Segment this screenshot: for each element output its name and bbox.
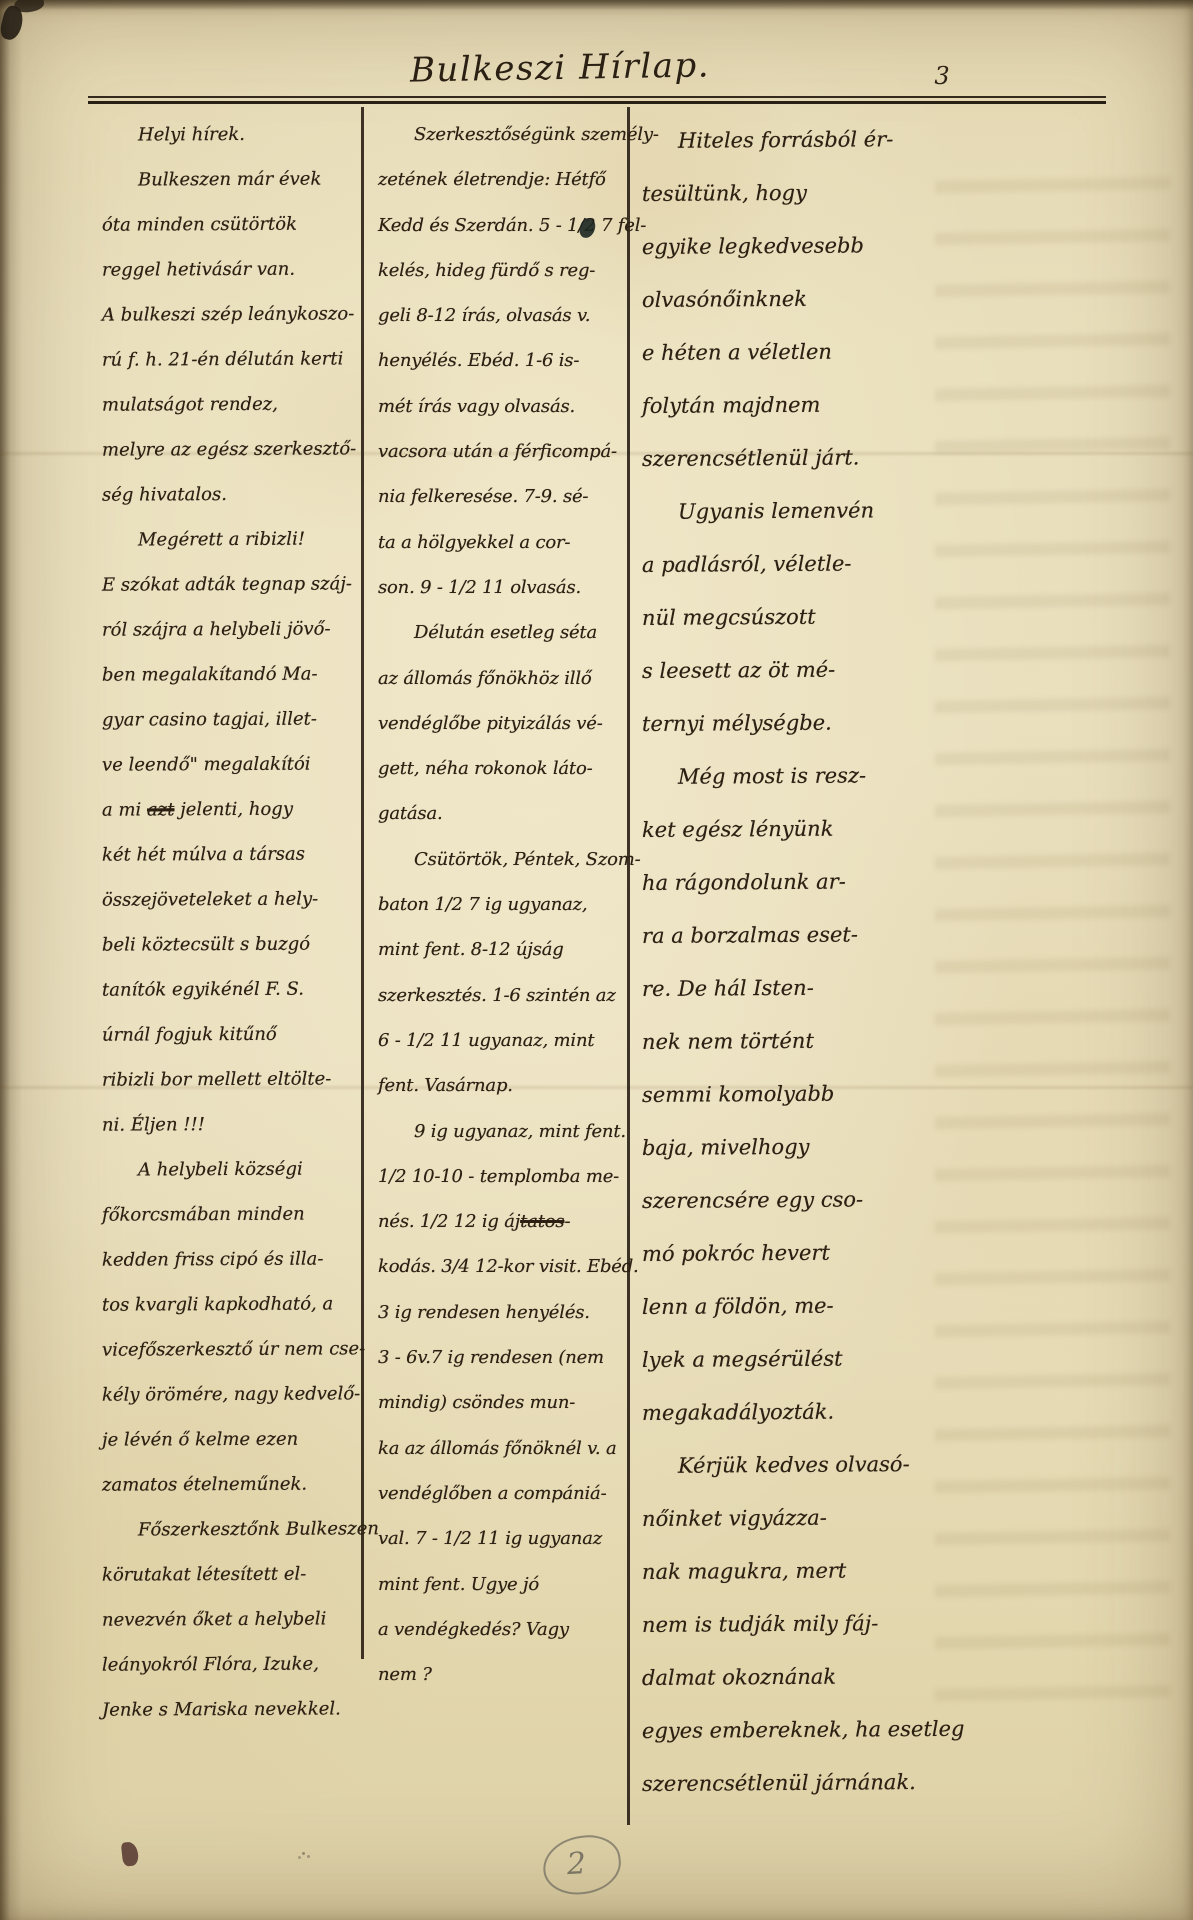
handwritten-line: mint fent. Ugye jó (378, 1562, 624, 1607)
handwritten-line: ternyi mélységbe. (642, 696, 918, 751)
handwritten-line: nőinket vigyázza- (642, 1491, 918, 1546)
handwritten-line: Hiteles forrásból ér- (642, 113, 918, 168)
handwritten-line: kély örömére, nagy kedvelő- (102, 1371, 360, 1417)
handwritten-line: ta a hölgyekkel a cor- (378, 520, 624, 565)
handwritten-line: Főszerkesztőnk Bulkeszen (102, 1506, 360, 1552)
handwritten-line: e héten a véletlen (642, 325, 918, 380)
handwritten-line: Megérett a ribizli! (102, 516, 360, 562)
handwritten-line: melyre az egész szerkesztő- (102, 426, 360, 472)
handwritten-line: 3 - 6v.7 ig rendesen (nem (378, 1335, 624, 1380)
handwritten-line: kodás. 3/4 12-kor visit. Ebéd. (378, 1244, 624, 1289)
handwritten-line: A helybeli községi (102, 1146, 360, 1192)
handwritten-line: ve leendő" megalakítói (102, 741, 360, 787)
column-divider-2 (627, 107, 630, 1825)
handwritten-line: reggel hetivásár van. (102, 246, 360, 292)
handwritten-line: ha rágondolunk ar- (642, 855, 918, 910)
handwritten-line: fent. Vasárnap. (378, 1063, 624, 1108)
handwritten-line: Szerkesztőségünk személy- (378, 112, 624, 157)
handwritten-line: nem ? (378, 1652, 624, 1697)
handwritten-line: Bulkeszen már évek (102, 156, 360, 202)
handwritten-line: ket egész lényünk (642, 802, 918, 857)
newspaper-page: Bulkeszi Hírlap. 3 Helyi hírek.Bulkeszen… (0, 0, 1193, 1920)
handwritten-line: nia felkeresése. 7-9. sé- (378, 474, 624, 519)
handwritten-line: ról szájra a helybeli jövő- (102, 606, 360, 652)
handwritten-line: leányokról Flóra, Izuke, (102, 1641, 360, 1687)
handwritten-line: 3 ig rendesen henyélés. (378, 1290, 624, 1335)
handwritten-line: s leesett az öt mé- (642, 643, 918, 698)
handwritten-line: vacsora után a férficompá- (378, 429, 624, 474)
handwritten-line: Csütörtök, Péntek, Szom- (378, 837, 624, 882)
column-1: Helyi hírek.Bulkeszen már évekóta minden… (102, 112, 360, 1732)
column-divider-1 (361, 107, 364, 1659)
handwritten-line: szerencsétlenül járnának. (642, 1756, 918, 1811)
handwritten-line: egyike legkedvesebb (642, 219, 918, 274)
handwritten-line: vendéglőbe pityizálás vé- (378, 701, 624, 746)
page-number: 3 (922, 62, 962, 90)
handwritten-line: óta minden csütörtök (102, 201, 360, 247)
column-2: Szerkesztőségünk személy-zetének életren… (378, 112, 624, 1697)
handwritten-line: henyélés. Ebéd. 1-6 is- (378, 338, 624, 383)
handwritten-line: kelés, hideg fürdő s reg- (378, 248, 624, 293)
handwritten-line: gatása. (378, 791, 624, 836)
handwritten-line: úrnál fogjuk kitűnő (102, 1011, 360, 1057)
handwritten-line: összejöveteleket a hely- (102, 876, 360, 922)
handwritten-line: baton 1/2 7 ig ugyanaz, (378, 882, 624, 927)
handwritten-line: a padlásról, véletle- (642, 537, 918, 592)
handwritten-line: mint fent. 8-12 újság (378, 927, 624, 972)
handwritten-line: mét írás vagy olvasás. (378, 384, 624, 429)
handwritten-line: tos kvargli kapkodható, a (102, 1281, 360, 1327)
handwritten-line: vendéglőben a compániá- (378, 1471, 624, 1516)
handwritten-line: A bulkeszi szép leánykoszo- (102, 291, 360, 337)
handwritten-line: ka az állomás főnöknél v. a (378, 1426, 624, 1471)
handwritten-line: E szókat adták tegnap száj- (102, 561, 360, 607)
handwritten-line: folytán majdnem (642, 378, 918, 433)
handwritten-line: Még most is resz- (642, 749, 918, 804)
pencil-circle-mark: 2 (540, 1831, 624, 1898)
handwritten-line: re. De hál Isten- (642, 961, 918, 1016)
handwritten-line: Jenke s Mariska nevekkel. (102, 1686, 360, 1732)
handwritten-line: szerencsétlenül járt. (642, 431, 918, 486)
handwritten-line: 1/2 10-10 - templomba me- (378, 1154, 624, 1199)
handwritten-line: mulatságot rendez, (102, 381, 360, 427)
handwritten-line: nés. 1/2 12 ig ájtatos- (378, 1199, 624, 1244)
handwritten-line: egyes embereknek, ha esetleg (642, 1703, 918, 1758)
paper-edge-shadow (0, 0, 22, 1920)
handwritten-line: zetének életrendje: Hétfő (378, 157, 624, 202)
handwritten-line: lenn a földön, me- (642, 1279, 918, 1334)
pencil-speck (302, 1852, 305, 1855)
handwritten-line: ra a borzalmas eset- (642, 908, 918, 963)
handwritten-line: olvasónőinknek (642, 272, 918, 327)
handwritten-line: Ugyanis lemenvén (642, 484, 918, 539)
handwritten-line: gyar casino tagjai, illet- (102, 696, 360, 742)
handwritten-line: a mi azt jelenti, hogy (102, 786, 360, 832)
handwritten-line: lyek a megsérülést (642, 1332, 918, 1387)
handwritten-line: nevezvén őket a helybeli (102, 1596, 360, 1642)
handwritten-line: dalmat okoznának (642, 1650, 918, 1705)
handwritten-line: je lévén ő kelme ezen (102, 1416, 360, 1462)
paper-edge-shadow-top (0, 0, 1193, 10)
handwritten-line: ribizli bor mellett eltölte- (102, 1056, 360, 1102)
handwritten-line: Kérjük kedves olvasó- (642, 1438, 918, 1493)
handwritten-line: két hét múlva a társas (102, 831, 360, 877)
handwritten-line: az állomás főnökhöz illő (378, 656, 624, 701)
handwritten-line: tesültünk, hogy (642, 166, 918, 221)
handwritten-line: nem is tudják mily fáj- (642, 1597, 918, 1652)
handwritten-line: nek nem történt (642, 1014, 918, 1069)
handwritten-line: körutakat létesített el- (102, 1551, 360, 1597)
handwritten-line: főkorcsmában minden (102, 1191, 360, 1237)
handwritten-line: a vendégkedés? Vagy (378, 1607, 624, 1652)
ink-bleed-through (935, 150, 1170, 1710)
handwritten-line: ben megalakítandó Ma- (102, 651, 360, 697)
handwritten-line: nak magukra, mert (642, 1544, 918, 1599)
handwritten-line: megakadályozták. (642, 1385, 918, 1440)
handwritten-line: kedden friss cipó és illa- (102, 1236, 360, 1282)
column-3: Hiteles forrásból ér-tesültünk, hogyegyi… (642, 114, 918, 1810)
struck-word: tatos (520, 1211, 564, 1232)
handwritten-line: tanítók egyikénél F. S. (102, 966, 360, 1012)
handwritten-line: rú f. h. 21-én délután kerti (102, 336, 360, 382)
handwritten-line: Helyi hírek. (102, 111, 360, 157)
handwritten-line: szerencsére egy cso- (642, 1173, 918, 1228)
handwritten-line: Délután esetleg séta (378, 610, 624, 655)
handwritten-line: ni. Éljen !!! (102, 1101, 360, 1147)
handwritten-line: gett, néha rokonok láto- (378, 746, 624, 791)
struck-word: azt (147, 799, 175, 820)
masthead-title: Bulkeszi Hírlap. (280, 43, 841, 93)
handwritten-line: zamatos ételneműnek. (102, 1461, 360, 1507)
handwritten-line: baja, mivelhogy (642, 1120, 918, 1175)
handwritten-line: val. 7 - 1/2 11 ig ugyanaz (378, 1516, 624, 1561)
ink-blot-icon (121, 1841, 139, 1867)
handwritten-line: nül megcsúszott (642, 590, 918, 645)
handwritten-line: ség hivatalos. (102, 471, 360, 517)
pencil-number: 2 (566, 1846, 587, 1882)
handwritten-line: 9 ig ugyanaz, mint fent. (378, 1109, 624, 1154)
handwritten-line: mó pokróc hevert (642, 1226, 918, 1281)
handwritten-line: szerkesztés. 1-6 szintén az (378, 973, 624, 1018)
handwritten-line: geli 8-12 írás, olvasás v. (378, 293, 624, 338)
handwritten-line: son. 9 - 1/2 11 olvasás. (378, 565, 624, 610)
handwritten-line: semmi komolyabb (642, 1067, 918, 1122)
handwritten-line: 6 - 1/2 11 ugyanaz, mint (378, 1018, 624, 1063)
header-rule (88, 96, 1106, 103)
handwritten-line: mindig) csöndes mun- (378, 1380, 624, 1425)
handwritten-line: beli köztecsült s buzgó (102, 921, 360, 967)
handwritten-line: vicefőszerkesztő úr nem cse- (102, 1326, 360, 1372)
